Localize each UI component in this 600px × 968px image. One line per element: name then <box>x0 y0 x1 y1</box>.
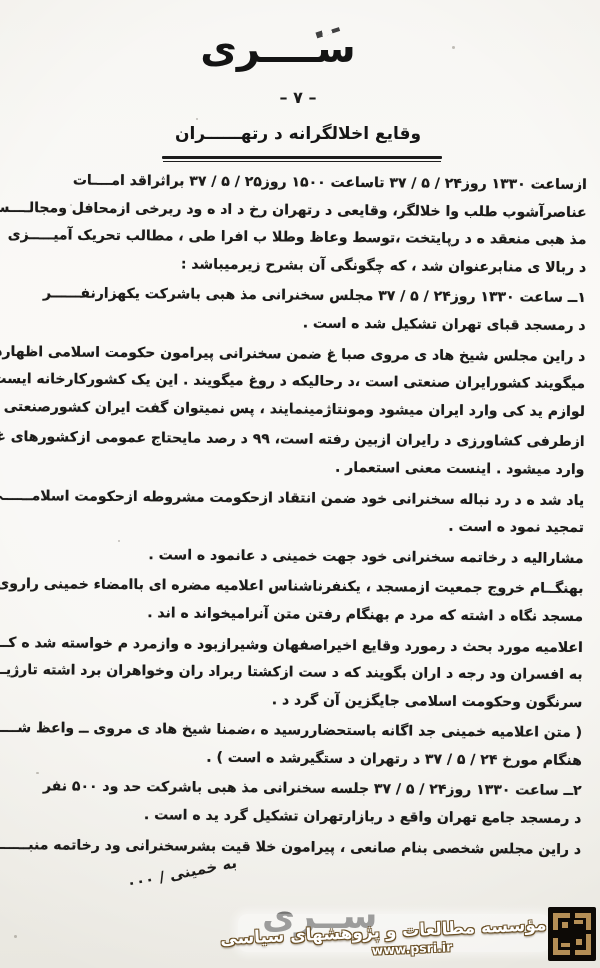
body-line: به افسران ود رجه د اران بگویند که د ست ا… <box>2 657 583 690</box>
scanned-document-page: ســــری – ۷ – وقایع اخلالگرانه د رتهــــ… <box>0 0 600 968</box>
paragraph: ازساعت ۱۳۳۰ روز۲۴ / ۵ / ۳۷ تاساعت ۱۵۰۰ ر… <box>5 167 587 282</box>
scan-speckle <box>196 118 198 120</box>
body-line: بهنگــام خروج جمعیت ازمسجد ، یکنفرناشناس… <box>2 571 583 604</box>
body-line: ۱ــ ساعت ۱۳۳۰ روز۲۴ / ۵ / ۳۷ مجلس سخنران… <box>5 280 586 313</box>
scan-speckle <box>70 204 72 206</box>
classification-stamp-top: ســــری <box>0 26 578 72</box>
body-line: لوازم ید کی وارد ایران میشود ومونتاژمینم… <box>4 394 585 427</box>
paragraph: مشارالیه د رخاتمه سخنرانی خود جهت خمینی … <box>3 541 584 574</box>
psri-kufic-logo-icon <box>548 907 596 961</box>
paragraph: ۱ــ ساعت ۱۳۳۰ روز۲۴ / ۵ / ۳۷ مجلس سخنران… <box>5 280 586 340</box>
paragraph: اعلامیه مورد بحث د رمورد وقایع اخیراصفها… <box>1 629 583 717</box>
body-line: تمجید نمود ه است . <box>3 510 584 543</box>
document-title: وقایع اخلالگرانه د رتهــــــران <box>0 124 598 144</box>
scan-speckle <box>452 46 455 49</box>
body-line: مشارالیه د رخاتمه سخنرانی خود جهت خمینی … <box>3 541 584 574</box>
body-line: ازطرفی کشاورزی د رایران ازبین رفته است، … <box>4 424 585 457</box>
scan-speckle <box>558 650 560 652</box>
body-line: مسجد نگاه د اشته که مرد م بهنگام رفتن مت… <box>2 599 583 632</box>
document-body: ازساعت ۱۳۳۰ روز۲۴ / ۵ / ۳۷ تاساعت ۱۵۰۰ ر… <box>0 167 587 867</box>
body-line: مذ هبی منعقد ه د رپایتخت ،توسط وعاظ وطلا… <box>5 222 586 255</box>
body-line: ۲ــ ساعت ۱۳۳۰ روز۲۴ / ۵ / ۳۷ جلسه سخنران… <box>0 773 581 806</box>
body-line: هنگام مورخ ۲۴ / ۵ / ۳۷ د رتهران د ستگیرش… <box>1 743 582 776</box>
paragraph: یاد شد ه د رد نباله سخنرانی خود ضمن انتق… <box>3 482 584 542</box>
scan-speckle <box>118 540 120 542</box>
body-line: د رمسجد جامع تهران واقع د ربازارتهران تش… <box>0 801 581 834</box>
paragraph: ( متن اعلامیه خمینی جد اگانه باستحضاررسی… <box>1 715 582 775</box>
page-number: – ۷ – <box>0 88 598 107</box>
body-line: وارد میشود . اینست معنی استعمار . <box>3 452 584 485</box>
paragraph: بهنگــام خروج جمعیت ازمسجد ، یکنفرناشناس… <box>2 571 583 631</box>
paragraph: ۲ــ ساعت ۱۳۳۰ روز۲۴ / ۵ / ۳۷ جلسه سخنران… <box>0 773 581 833</box>
paragraph: د راین مجلس شیخ هاد ی مروی صبا غ ضمن سخن… <box>4 338 586 426</box>
body-line: یاد شد ه د رد نباله سخنرانی خود ضمن انتق… <box>3 482 584 515</box>
body-line: سرنگون وحکومت اسلامی جایگزین آن گرد د . <box>1 685 582 718</box>
paragraph: د راین مجلس شخصی بنام صانعی ، پیرامون خل… <box>0 832 581 865</box>
scan-speckle <box>566 362 568 365</box>
body-line: د راین مجلس شخصی بنام صانعی ، پیرامون خل… <box>0 832 581 865</box>
scan-speckle <box>14 935 17 938</box>
body-line: د رمسجد قبای تهران تشکیل شد ه است . <box>5 308 586 341</box>
scan-speckle <box>36 772 39 774</box>
paragraph: ازطرفی کشاورزی د رایران ازبین رفته است، … <box>3 424 584 484</box>
body-line: د ربالا ی منابرعنوان شد ، که چگونگی آن ب… <box>5 250 586 283</box>
body-line: ( متن اعلامیه خمینی جد اگانه باستحضاررسی… <box>1 715 582 748</box>
title-underline <box>162 156 442 159</box>
